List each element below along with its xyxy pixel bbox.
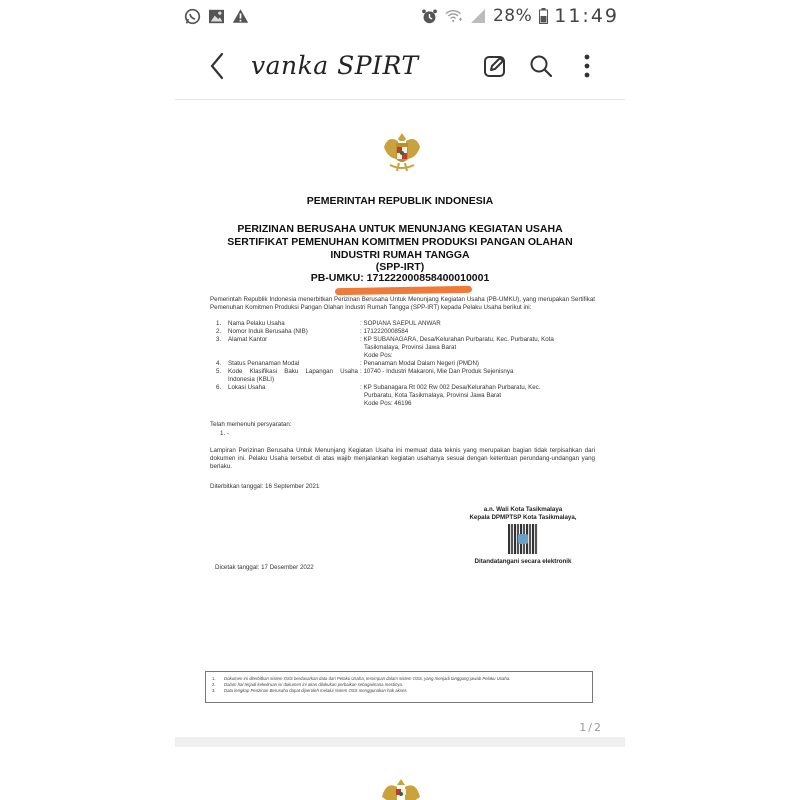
issued-date: Diterbitkan tanggal: 16 September 2021 xyxy=(210,483,595,491)
field-label: Kode Klasifikasi Baku Lapangan Usaha Ind… xyxy=(228,368,358,384)
field-row: 5. Kode Klasifikasi Baku Lapangan Usaha … xyxy=(210,368,595,384)
field-value-line: Kode Pos: 46196 xyxy=(360,400,595,408)
field-number: 1. xyxy=(210,320,228,328)
battery-percent: 28% xyxy=(493,6,532,26)
field-number: 2. xyxy=(210,328,228,336)
field-row: 1. Nama Pelaku Usaha : SOPIANA SAEPUL AN… xyxy=(210,320,595,328)
field-label: Alamat Kantor xyxy=(228,336,358,360)
page-indicator: 1/2 xyxy=(579,721,603,734)
field-value-line: Purbaratu, Kota Tasikmalaya, Provinsi Ja… xyxy=(360,392,595,400)
business-fields: 1. Nama Pelaku Usaha : SOPIANA SAEPUL AN… xyxy=(210,320,595,408)
field-value: : KP SUBANAGARA, Desa/Kelurahan Purbarat… xyxy=(358,336,595,360)
document-title: vanka SPIRT xyxy=(251,51,479,80)
field-number: 6. xyxy=(210,384,228,408)
field-value-line: : KP SUBANAGARA, Desa/Kelurahan Purbarat… xyxy=(360,336,595,344)
field-value-line: : 10740 - Industri Makaroni, Mie Dan Pro… xyxy=(360,368,595,376)
title-line: INDUSTRI RUMAH TANGGA xyxy=(175,249,625,262)
signature-line: Kepala DPMPTSP Kota Tasikmalaya, xyxy=(453,514,593,522)
clock: 11:49 xyxy=(554,5,619,27)
app-bar: vanka SPIRT xyxy=(175,32,625,100)
title-line: PERIZINAN BERUSAHA UNTUK MENUNJANG KEGIA… xyxy=(175,223,625,236)
title-line: SERTIFIKAT PEMENUHAN KOMITMEN PRODUKSI P… xyxy=(175,236,625,249)
field-label: Nomor Induk Berusaha (NIB) xyxy=(228,328,358,336)
search-button[interactable] xyxy=(525,50,557,82)
field-label: Nama Pelaku Usaha xyxy=(228,320,358,328)
printed-date: Dicetak tanggal: 17 Desember 2022 xyxy=(215,564,314,571)
search-icon xyxy=(529,54,553,78)
image-icon xyxy=(207,7,225,25)
field-value: : KP Subanagara Rt 002 Rw 002 Desa/Kelur… xyxy=(358,384,595,408)
garuda-emblem-icon xyxy=(382,129,422,175)
field-value-line: : Penanaman Modal Dalam Negeri (PMDN) xyxy=(360,360,595,368)
more-options-button[interactable] xyxy=(571,50,603,82)
more-vertical-icon xyxy=(584,54,590,78)
field-value-line: : 1712220008584 xyxy=(360,328,595,336)
field-row: 4. Status Penanaman Modal : Penanaman Mo… xyxy=(210,360,595,368)
wifi-icon xyxy=(445,7,463,25)
warning-icon xyxy=(231,7,249,25)
field-number: 3. xyxy=(210,336,228,360)
field-number: 4. xyxy=(210,360,228,368)
intro-paragraph: Pemerintah Republik Indonesia menerbitka… xyxy=(210,296,595,312)
document-viewer[interactable]: PEMERINTAH REPUBLIK INDONESIA PERIZINAN … xyxy=(175,101,625,800)
footnote-number: 3. xyxy=(212,688,224,694)
chevron-left-icon xyxy=(209,52,225,80)
garuda-emblem-icon xyxy=(380,777,422,800)
field-row: 2. Nomor Induk Berusaha (NIB) : 17122200… xyxy=(210,328,595,336)
highlight-annotation xyxy=(335,286,472,295)
requirements-label: Telah memenuhi persyaratan: xyxy=(210,421,595,429)
field-value: : SOPIANA SAEPUL ANWAR xyxy=(358,320,595,328)
pb-umku-number: PB-UMKU: 171222000858400010001 xyxy=(175,272,625,284)
field-row: 6. Lokasi Usaha : KP Subanagara Rt 002 R… xyxy=(210,384,595,408)
field-number: 5. xyxy=(210,368,228,384)
gov-title: PEMERINTAH REPUBLIK INDONESIA xyxy=(175,195,625,207)
document-page-1: PEMERINTAH REPUBLIK INDONESIA PERIZINAN … xyxy=(175,101,625,737)
field-value-line: Kode Pos: xyxy=(360,352,595,360)
signature-block: a.n. Wali Kota Tasikmalaya Kepala DPMPTS… xyxy=(453,506,593,566)
qr-code-icon xyxy=(508,524,538,554)
page-separator xyxy=(175,737,625,747)
edit-icon xyxy=(483,54,507,78)
e-signed-label: Ditandatangani secara elektronik xyxy=(453,558,593,566)
footnote-text: Data lengkap Perizinan Berusaha dapat di… xyxy=(224,688,408,694)
footnotes-box: 1. Dokumen ini diterbitkan sistem OSS be… xyxy=(205,671,593,703)
edit-button[interactable] xyxy=(479,50,511,82)
battery-icon xyxy=(538,7,548,25)
footnote: 3. Data lengkap Perizinan Berusaha dapat… xyxy=(212,688,586,694)
field-value-line: : KP Subanagara Rt 002 Rw 002 Desa/Kelur… xyxy=(360,384,595,392)
whatsapp-icon xyxy=(183,7,201,25)
field-value: : Penanaman Modal Dalam Negeri (PMDN) xyxy=(358,360,595,368)
signature-line: a.n. Wali Kota Tasikmalaya xyxy=(453,506,593,514)
requirements-item: 1. - xyxy=(220,430,320,438)
field-value: : 10740 - Industri Makaroni, Mie Dan Pro… xyxy=(358,368,595,384)
certificate-title: PERIZINAN BERUSAHA UNTUK MENUNJANG KEGIA… xyxy=(175,223,625,274)
back-button[interactable] xyxy=(197,46,237,86)
signal-icon xyxy=(469,7,487,25)
status-bar: 28% 11:49 xyxy=(175,0,625,32)
lampiran-paragraph: Lampiran Perizinan Berusaha Untuk Menunj… xyxy=(210,447,595,471)
field-label: Lokasi Usaha xyxy=(228,384,358,408)
field-label: Status Penanaman Modal xyxy=(228,360,358,368)
field-value-line: : SOPIANA SAEPUL ANWAR xyxy=(360,320,595,328)
field-value: : 1712220008584 xyxy=(358,328,595,336)
alarm-icon xyxy=(421,7,439,25)
field-row: 3. Alamat Kantor : KP SUBANAGARA, Desa/K… xyxy=(210,336,595,360)
field-value-line: Tasikmalaya, Provinsi Jawa Barat xyxy=(360,344,595,352)
